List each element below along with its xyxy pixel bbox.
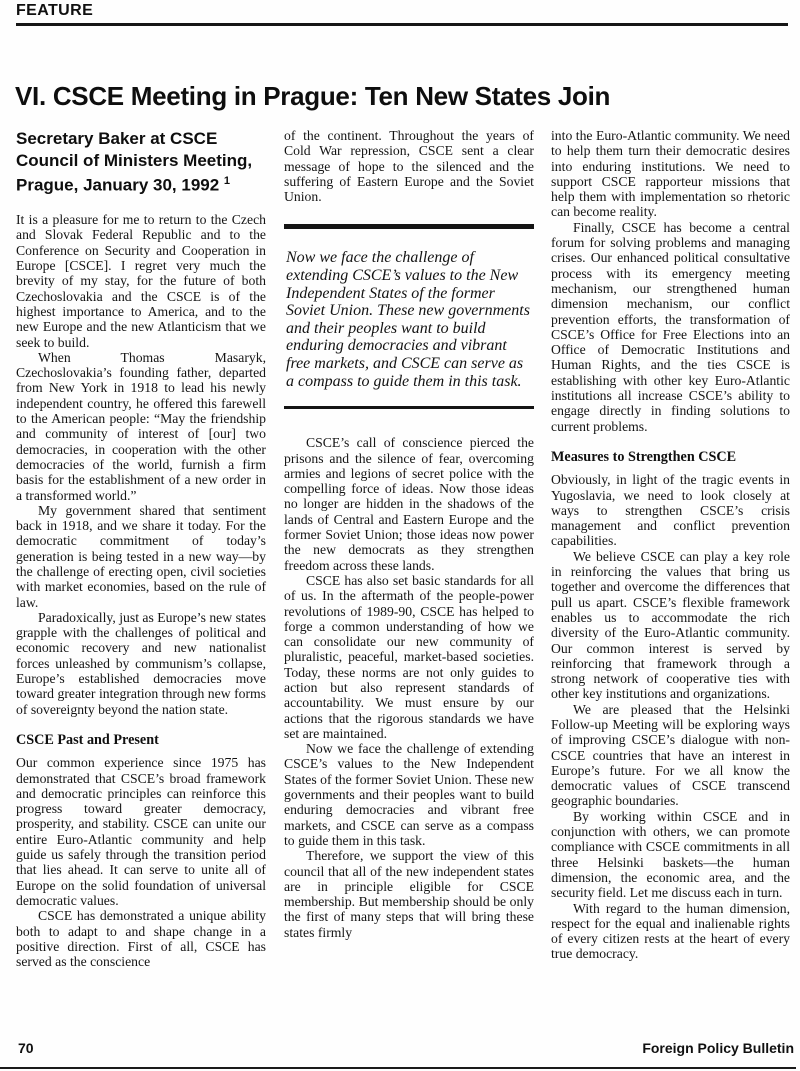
document-page: FEATURE VI. CSCE Meeting in Prague: Ten … [0,0,800,1071]
paragraph: By working within CSCE and in conjunctio… [551,809,790,901]
paragraph: Finally, CSCE has become a central forum… [551,220,790,434]
publication-name: Foreign Policy Bulletin [642,1040,794,1056]
paragraph: Now we face the challenge of extending C… [284,741,534,848]
paragraph: Our common experience since 1975 has dem… [16,755,266,908]
byline-heading: Secretary Baker at CSCE Council of Minis… [16,128,266,196]
footnote-marker: 1 [224,175,230,187]
paragraph: My government shared that sentiment back… [16,503,266,610]
paragraph: CSCE’s call of conscience pierced the pr… [284,435,534,573]
paragraph: Therefore, we support the view of this c… [284,848,534,940]
pull-quote: Now we face the challenge of extending C… [286,249,532,390]
paragraph: It is a pleasure for me to return to the… [16,212,266,350]
paragraph: of the continent. Throughout the years o… [284,128,534,204]
page-number: 70 [18,1040,34,1056]
paragraph: With regard to the human dimension, resp… [551,901,790,962]
pull-quote-bottom-rule [284,406,534,409]
paragraph: into the Euro-Atlantic community. We nee… [551,128,790,220]
column-left: Secretary Baker at CSCE Council of Minis… [16,128,266,969]
paragraph: We are pleased that the Helsinki Follow-… [551,702,790,809]
pull-quote-top-rule [284,224,534,229]
column-right: into the Euro-Atlantic community. We nee… [551,128,790,962]
section-kicker: FEATURE [16,2,93,20]
byline-text: Secretary Baker at CSCE Council of Minis… [16,129,252,195]
subheading-measures-to-strengthen-csce: Measures to Strengthen CSCE [551,450,790,465]
paragraph: When Thomas Masaryk, Czechoslovakia’s fo… [16,350,266,503]
bottom-page-rule [0,1067,796,1069]
subheading-csce-past-and-present: CSCE Past and Present [16,733,266,748]
paragraph: We believe CSCE can play a key role in r… [551,549,790,702]
header-rule [16,23,788,26]
paragraph: Paradoxically, just as Europe’s new stat… [16,610,266,717]
paragraph: CSCE has demonstrated a unique ability b… [16,908,266,969]
column-middle: of the continent. Throughout the years o… [284,128,534,940]
article-title: VI. CSCE Meeting in Prague: Ten New Stat… [15,81,610,112]
paragraph: CSCE has also set basic standards for al… [284,573,534,741]
paragraph: Obviously, in light of the tragic events… [551,472,790,548]
